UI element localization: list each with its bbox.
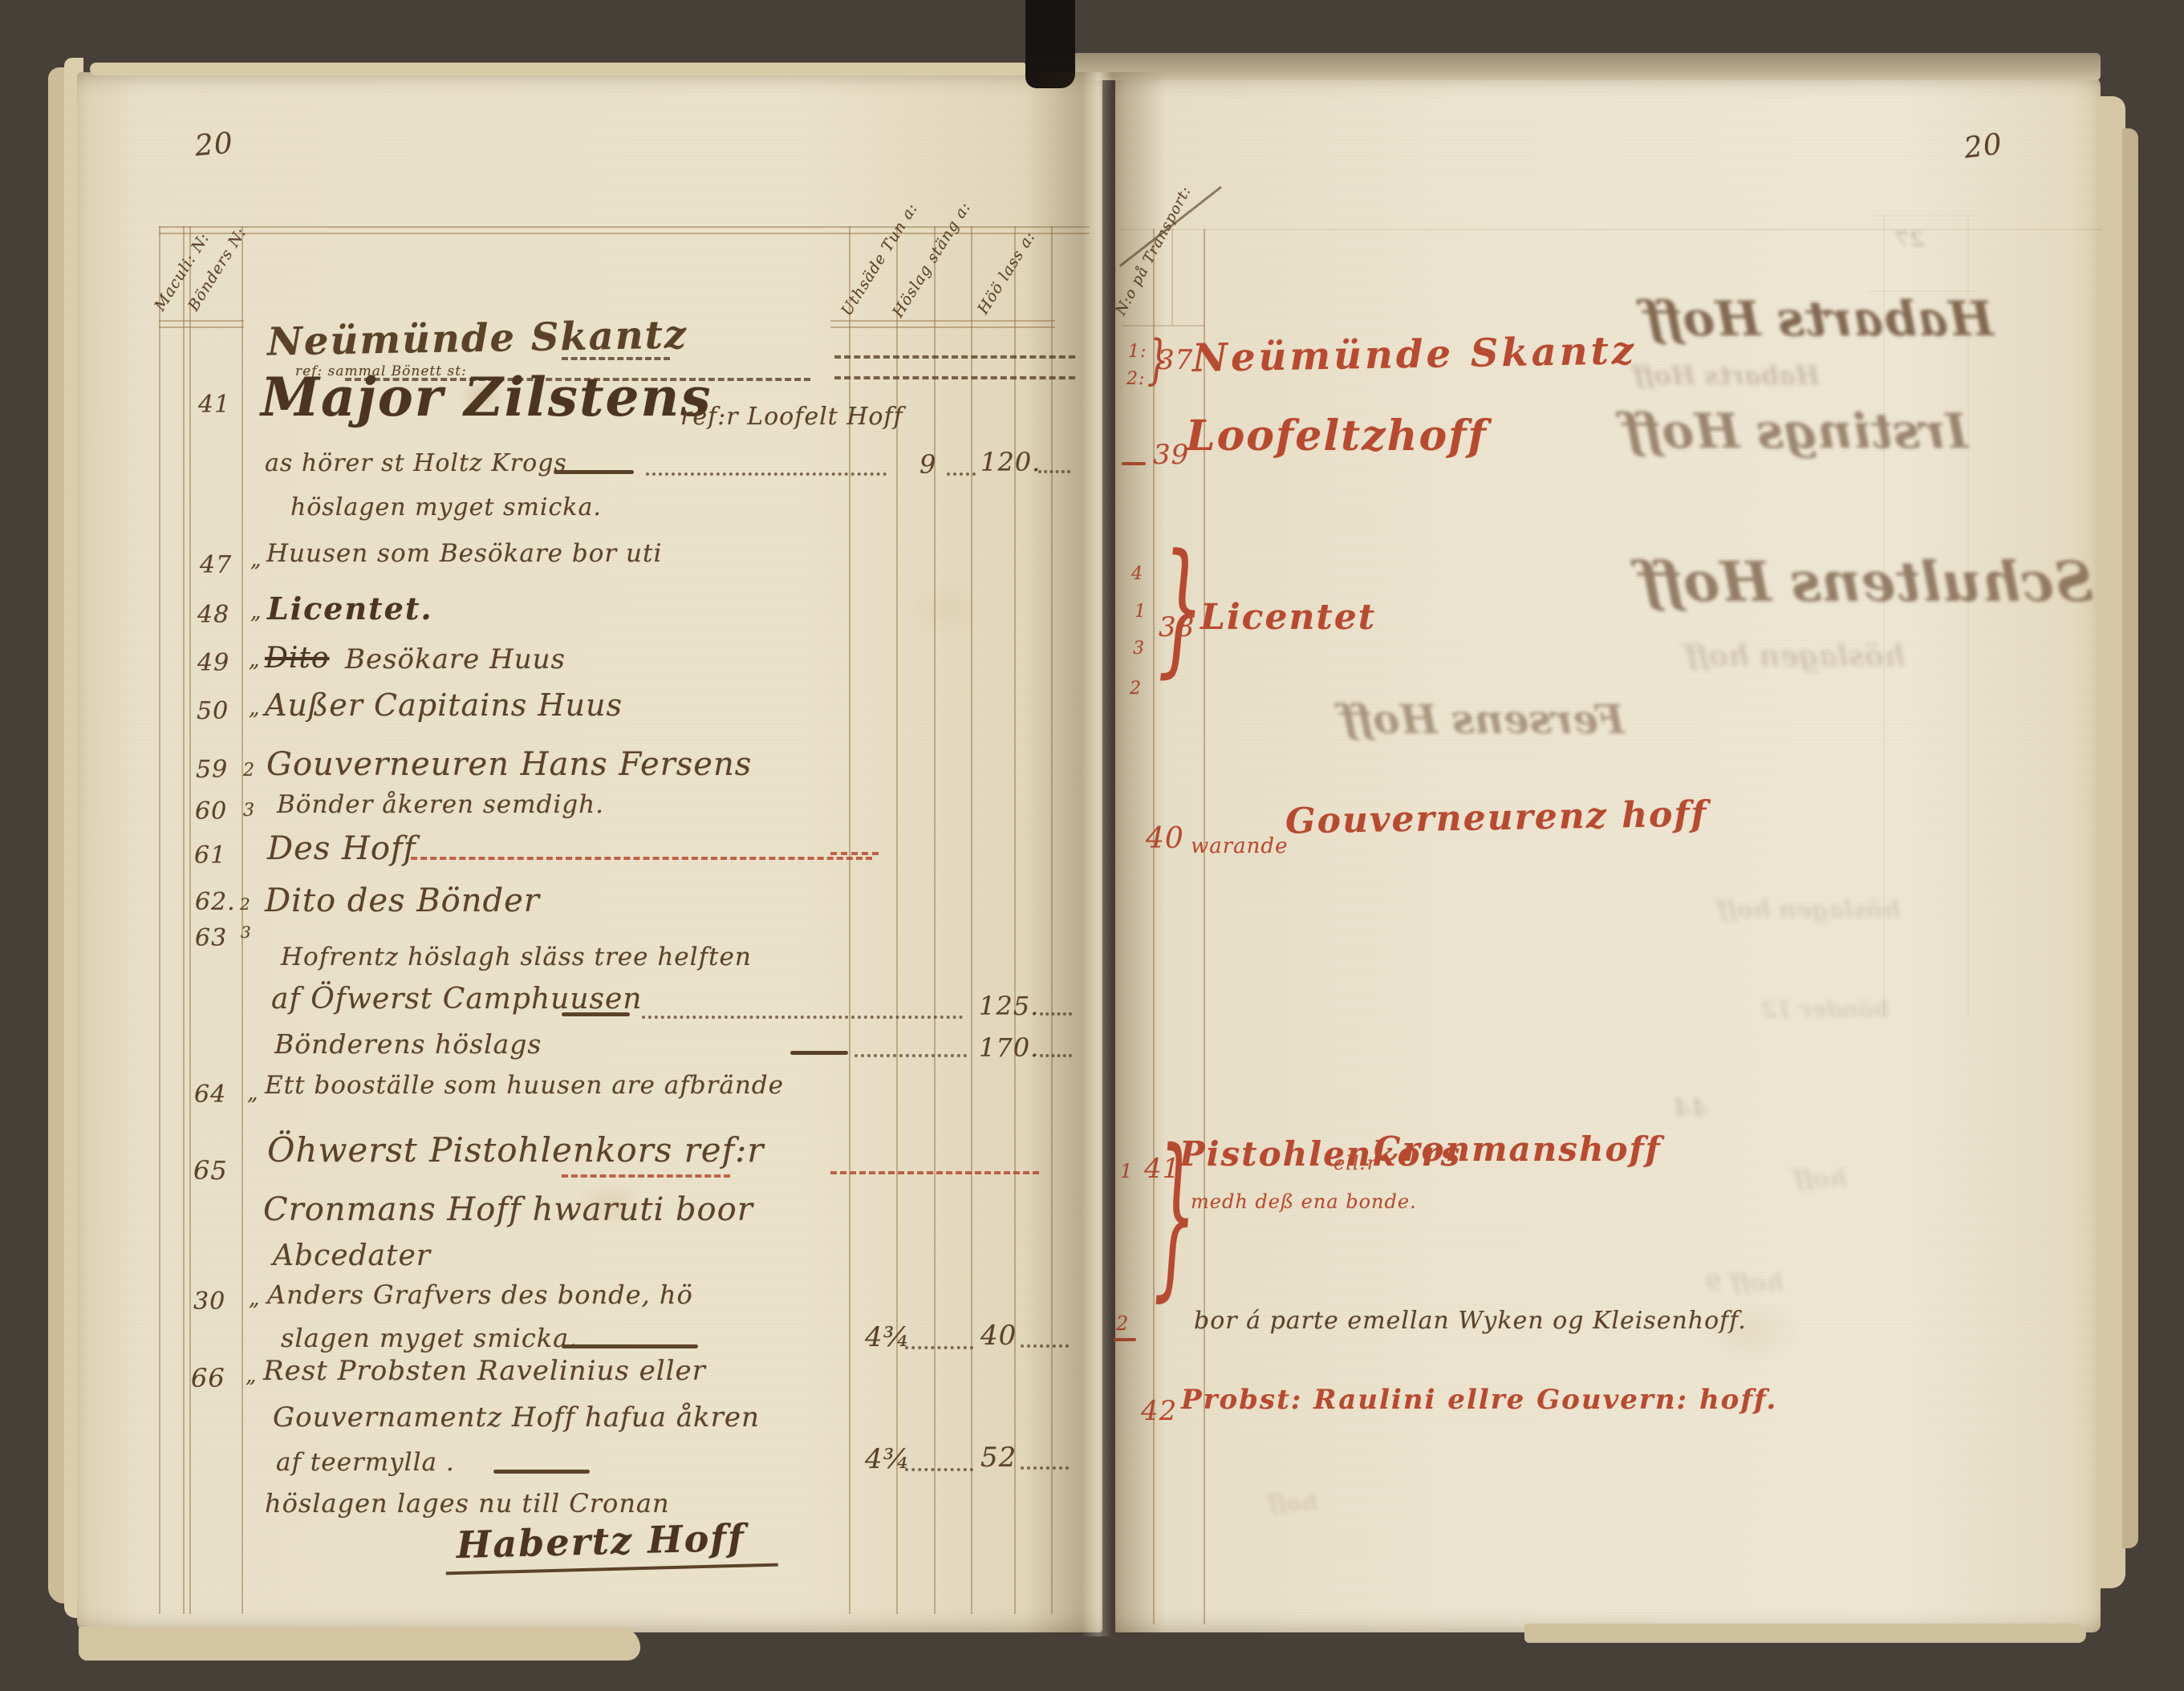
entry-38-subnumber-3: 3 (1133, 640, 1145, 658)
entry-38-subnumber-2: 1 (1135, 603, 1147, 621)
dash-leader (554, 470, 634, 474)
ink-bleedthrough: Irstings Hoff (1622, 408, 1968, 456)
entry-38-number: 38 (1159, 614, 1195, 641)
entry-38-subnumber-1: 4 (1131, 566, 1143, 583)
rule-line (159, 320, 244, 322)
row-49-struck-word: Dito (265, 644, 330, 673)
red-dash-leader (411, 857, 872, 860)
row-48-text: Licentet. (267, 594, 433, 624)
row-49-number: 49 (197, 651, 229, 675)
row-41-value-tunnor: 9 (919, 452, 936, 477)
row-63-text: Dito des Bönder (265, 885, 540, 917)
red-dash (1122, 462, 1146, 465)
entry-40-title: Gouverneurenz hoff (1285, 797, 1708, 839)
manuscript-scan: Habarts Hoff Habarts Hoff Irstings Hoff … (0, 0, 2184, 1691)
dot-leader (1021, 1466, 1069, 1470)
entry-39-title: Loofeltzhoff (1186, 416, 1488, 457)
row-50-ditto-mark: „ (249, 698, 260, 719)
rule-line (849, 226, 850, 1614)
row-65-line2: Cronmans Hoff hwaruti boor (263, 1194, 753, 1226)
entry-37-number: 37 (1157, 347, 1193, 374)
rule-line (159, 326, 244, 328)
row-41-line2: höslagen myget smicka. (290, 496, 602, 520)
row-60-text: Bönder åkeren semdigh. (277, 793, 604, 817)
dot-leader (1021, 1344, 1069, 1348)
dot-leader (642, 1016, 963, 1019)
rule-line (242, 226, 243, 1614)
red-dash (1114, 1338, 1136, 1341)
entry-37-title: Neümünde Skantz (1192, 331, 1638, 378)
row-48-ditto-mark: „ (250, 602, 262, 622)
row-60-subnumber: 3 (243, 802, 255, 820)
row-66-ditto-mark: „ (246, 1365, 257, 1386)
row-30-number: 30 (193, 1290, 225, 1314)
dot-leader (905, 1346, 973, 1349)
rule-line (159, 226, 160, 1614)
row-41-number: 41 (198, 393, 230, 417)
row-62-subnumber: 2 (240, 896, 251, 912)
top-page-edge-left (90, 63, 1029, 75)
entry-42-number: 42 (1141, 1397, 1177, 1425)
entry-38-subnumber-4: 2 (1130, 680, 1142, 698)
ink-bleedthrough: Habarts Hoff (1633, 363, 1820, 388)
ink-bleedthrough: Schultens Hoff (1638, 555, 2093, 610)
row-59-number: 59 (196, 758, 228, 782)
dash-leader (562, 1344, 698, 1348)
entry-37-fraction-1: 1: (1128, 343, 1147, 361)
row-49-ditto-mark: „ (249, 650, 260, 671)
row-30-value-lass: 40 (980, 1322, 1017, 1349)
entry-37-fraction-2: 2: (1127, 371, 1145, 388)
row-50-text: Außer Capitains Huus (265, 690, 623, 720)
dash-leader (562, 357, 670, 360)
row-62-number: 62. (195, 890, 236, 914)
ink-bleedthrough: höslagen hoff (1717, 898, 1901, 923)
dash-leader (790, 1051, 848, 1055)
dot-leader (905, 1468, 973, 1471)
entry-41-subline: medh deß ena bonde. (1191, 1192, 1417, 1211)
entry-38-title: Licentet (1200, 600, 1376, 635)
ink-bleedthrough: hoff 9 (1705, 1271, 1784, 1296)
dash-leader (834, 376, 1075, 379)
row-63-value-camphusen: 125. (979, 993, 1039, 1019)
row-63-subnumber: 3 (241, 924, 252, 940)
ink-bleedthrough: 27 (1895, 229, 1924, 250)
row-30-text: Anders Grafvers des bonde, hö (267, 1282, 693, 1308)
rule-line (183, 226, 185, 1614)
right-page-stack-edge-2 (2122, 128, 2138, 1548)
ink-bleedthrough: höslagen hoff (1685, 642, 1905, 671)
row-50-number: 50 (197, 700, 229, 724)
entry-40-number: 40 (1146, 825, 1184, 854)
rule-line (971, 226, 972, 1614)
bottom-page-stack-right (1524, 1624, 2086, 1643)
row-66-line3: af teermylla . (276, 1450, 455, 1475)
right-page-stack-edge (2098, 96, 2125, 1588)
rule-line (189, 226, 191, 1614)
row-47-number: 47 (200, 554, 232, 578)
row-30-line2: slagen myget smicka. (281, 1325, 578, 1351)
bleed-rule-line (1871, 215, 1975, 217)
entry-40-small-word: warande (1191, 836, 1288, 857)
row-30-ditto-mark: „ (249, 1288, 260, 1309)
row-65-number: 65 (193, 1158, 228, 1183)
row-47-text: Huusen som Besökare bor uti (266, 541, 662, 566)
row-41-name: Major Zilstens (261, 371, 712, 424)
row-59-text: Gouverneuren Hans Fersens (266, 748, 752, 781)
ink-bleedthrough: hoff (1793, 1167, 1847, 1191)
left-page (77, 72, 1102, 1632)
row-66-line4: höslagen lages nu till Cronan (265, 1490, 670, 1516)
row-64-number: 64 (194, 1083, 226, 1107)
row-66-number: 66 (191, 1365, 225, 1391)
entry-38-brace: } (1158, 536, 1204, 680)
dash-leader (562, 1012, 630, 1016)
row-61-text: Des Hoff (267, 833, 416, 865)
rule-line (830, 320, 1055, 322)
row-66-value-lass: 52 (980, 1444, 1017, 1471)
ink-bleedthrough: Fersens Hoff (1340, 700, 1625, 740)
row-48-number: 48 (197, 603, 229, 627)
entry-41-title-part3: Cronmanshoff (1374, 1133, 1662, 1166)
row-63-line3: af Öfwerst Camphuusen (271, 985, 643, 1014)
rule-line (1171, 229, 1173, 325)
entry-39-number: 39 (1153, 441, 1189, 468)
dot-leader (947, 472, 976, 476)
row-61-number: 61 (194, 844, 226, 868)
rule-line (1122, 229, 2101, 230)
row-66-line2: Gouvernamentz Hoff hafua åkren (273, 1404, 760, 1431)
row-30-value-tunnor: 4¾ (865, 1324, 911, 1351)
row-41-value-lass: 120. (980, 449, 1041, 475)
ink-bleedthrough: Habarts Hoff (1643, 295, 1994, 343)
row-60-number: 60 (195, 800, 227, 824)
dot-leader (1040, 1054, 1072, 1057)
rule-line (830, 326, 1055, 328)
rule-line (934, 226, 936, 1614)
row-66-text: Rest Probsten Ravelinius eller (263, 1357, 706, 1385)
entry-41-subnumber-1: 1 (1120, 1162, 1133, 1181)
entry-41-title-part2: ell:r (1334, 1154, 1377, 1173)
footer-heading: Habertz Hoff (445, 1519, 777, 1575)
dot-leader (646, 472, 887, 476)
dash-leader (834, 355, 1075, 359)
rule-line (1122, 325, 1205, 326)
entry-42-title: Probst: Raulini ellre Gouvern: hoff. (1181, 1386, 1777, 1413)
rule-line (1014, 226, 1016, 1614)
ink-bleedthrough: 44 (1673, 1095, 1709, 1121)
dot-leader (1040, 1012, 1072, 1016)
red-dash-leader (830, 1171, 1039, 1174)
row-63-value-bonder: 170. (979, 1035, 1039, 1060)
red-dash-leader (830, 852, 879, 855)
row-49-text: Besökare Huus (345, 646, 566, 673)
rule-line (896, 226, 898, 1614)
ink-bleedthrough: hoff (1268, 1492, 1317, 1515)
right-page-number: 20 (1963, 130, 2004, 164)
spine-crease-top (1025, 0, 1075, 88)
row-47-ditto-mark: „ (250, 549, 262, 570)
rule-line (1051, 226, 1053, 1614)
dash-leader (493, 1470, 590, 1474)
row-64-ditto-mark: „ (247, 1083, 258, 1104)
row-59-subnumber: 2 (243, 762, 255, 780)
left-page-number: 20 (194, 129, 235, 161)
row-63-line4: Bönderens höslags (274, 1031, 542, 1057)
entry-41-brown-note: bor á parte emellan Wyken og Kleisenhoff… (1194, 1309, 1747, 1333)
ink-bleedthrough: bönder 12 (1761, 999, 1889, 1021)
dot-leader (855, 1054, 967, 1057)
entry-41-number: 41 (1144, 1155, 1180, 1182)
row-65-line3: Abcedater (273, 1242, 431, 1271)
entry-41-subnumber-2: 2 (1116, 1314, 1129, 1333)
row-64-text: Ett booställe som huusen are afbrände (265, 1073, 784, 1098)
row-66-value-tunnor: 4¾ (865, 1446, 911, 1473)
top-page-edge-right (1072, 53, 2101, 80)
row-41-line1: as hörer st Holtz Krogs (265, 452, 567, 476)
row-63-line2: Hofrentz höslagh släss tree helften (281, 945, 752, 970)
section-title: Neümünde Skantz (267, 315, 688, 361)
row-41-ref: ref:r Loofelt Hoff (680, 405, 903, 429)
red-dash-leader (562, 1174, 730, 1178)
bottom-page-stack-left (79, 1627, 640, 1661)
row-63-number: 63 (195, 927, 227, 951)
dot-leader (1038, 470, 1070, 473)
row-65-text: Öhwerst Pistohlenkors ref:r (267, 1133, 764, 1167)
